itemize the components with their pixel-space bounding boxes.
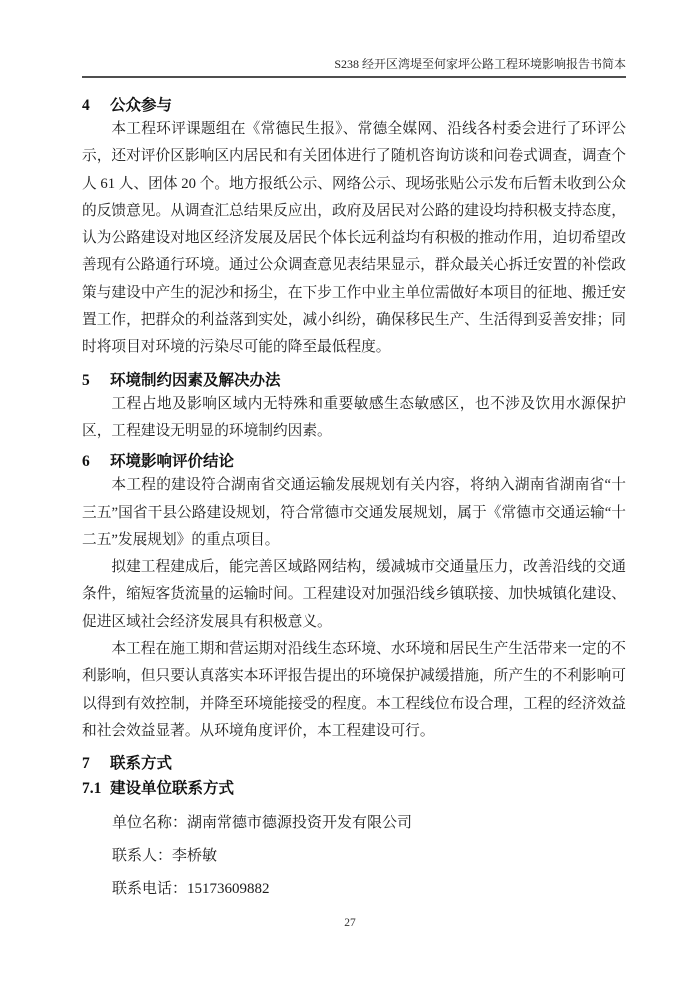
running-header-text: S238 经开区湾堤至何家坪公路工程环境影响报告书简本 xyxy=(334,57,626,71)
section-7-1-title: 建设单位联系方式 xyxy=(110,778,234,799)
section-5-title: 环境制约因素及解决办法 xyxy=(110,370,281,391)
section-7-1-number: 7.1 xyxy=(82,778,110,799)
section-6-title: 环境影响评价结论 xyxy=(110,451,234,472)
section-7-1-heading: 7.1 建设单位联系方式 xyxy=(82,778,626,799)
document-page: S238 经开区湾堤至何家坪公路工程环境影响报告书简本 4 公众参与 本工程环评… xyxy=(0,0,700,989)
section-5-number: 5 xyxy=(82,370,110,391)
section-6-paragraph-1: 本工程的建设符合湖南省交通运输发展规划有关内容，将纳入湖南省湖南省“十三五”国省… xyxy=(82,472,626,554)
section-7-title: 联系方式 xyxy=(110,753,172,774)
section-5-heading: 5 环境制约因素及解决办法 xyxy=(82,370,626,391)
page-number: 27 xyxy=(0,917,700,929)
section-7-number: 7 xyxy=(82,753,110,774)
section-4-paragraph: 本工程环评课题组在《常德民生报》、常德全媒网、沿线各村委会进行了环评公示，还对评… xyxy=(82,116,626,362)
section-5-paragraph: 工程占地及影响区域内无特殊和重要敏感生态敏感区，也不涉及饮用水源保护区，工程建设… xyxy=(82,391,626,446)
contact-unit-name: 单位名称：湖南常德市德源投资开发有限公司 xyxy=(82,807,626,840)
section-public-participation: 4 公众参与 本工程环评课题组在《常德民生报》、常德全媒网、沿线各村委会进行了环… xyxy=(82,95,626,362)
contact-person: 联系人：李桥敏 xyxy=(82,840,626,873)
section-eia-conclusion: 6 环境影响评价结论 本工程的建设符合湖南省交通运输发展规划有关内容，将纳入湖南… xyxy=(82,451,626,745)
section-6-paragraph-2: 拟建工程建成后，能完善区域路网结构，缓减城市交通量压力，改善沿线的交通条件，缩短… xyxy=(82,554,626,636)
section-6-paragraph-3: 本工程在施工期和营运期对沿线生态环境、水环境和居民生产生活带来一定的不利影响，但… xyxy=(82,636,626,745)
section-environmental-constraints: 5 环境制约因素及解决办法 工程占地及影响区域内无特殊和重要敏感生态敏感区，也不… xyxy=(82,370,626,446)
section-6-number: 6 xyxy=(82,451,110,472)
section-4-heading: 4 公众参与 xyxy=(82,95,626,116)
section-6-heading: 6 环境影响评价结论 xyxy=(82,451,626,472)
running-header: S238 经开区湾堤至何家坪公路工程环境影响报告书简本 xyxy=(82,0,626,78)
contact-phone: 联系电话：15173609882 xyxy=(82,873,626,906)
section-contact-info: 7 联系方式 7.1 建设单位联系方式 单位名称：湖南常德市德源投资开发有限公司… xyxy=(82,753,626,906)
section-4-title: 公众参与 xyxy=(110,95,172,116)
section-4-number: 4 xyxy=(82,95,110,116)
section-7-heading: 7 联系方式 xyxy=(82,753,626,774)
page-content: S238 经开区湾堤至何家坪公路工程环境影响报告书简本 4 公众参与 本工程环评… xyxy=(82,0,626,906)
